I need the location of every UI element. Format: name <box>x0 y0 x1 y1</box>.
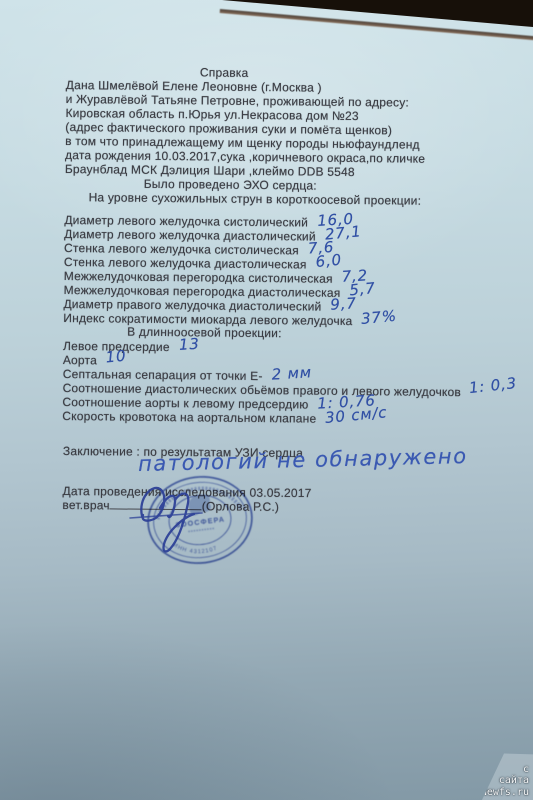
document-photo: Справка Дана Шмелёвой Елене Леоновне (г.… <box>0 0 533 800</box>
watermark-line: Newfs.ru <box>481 787 529 799</box>
watermark-line: сайта <box>499 775 529 787</box>
measurement-value-handwritten: 37% <box>361 309 398 326</box>
measurement-value-handwritten: 6,0 <box>315 253 342 269</box>
measurement-value-handwritten: 1: 0,3 <box>469 376 518 395</box>
vet-signature <box>128 468 252 560</box>
measurement-label: Аорта <box>63 353 97 367</box>
measurement-value-handwritten: 10 <box>105 349 127 365</box>
long-axis-measurements: Левое предсердие 13 Аорта 10 Септальная … <box>62 338 525 427</box>
watermark: с сайта Newfs.ru <box>475 753 533 800</box>
measurement-value-handwritten: 13 <box>178 337 199 352</box>
vet-label: вет.врач <box>62 498 109 512</box>
measurement-value-handwritten: 30 см/с <box>325 405 388 425</box>
measurement-value-handwritten: 2 мм <box>271 365 312 381</box>
watermark-line: с <box>523 764 529 776</box>
document-body: Справка Дана Шмелёвой Елене Леоновне (г.… <box>62 64 528 427</box>
measurement-label: Скорость кровотока на аортальном клапане <box>62 409 316 426</box>
short-axis-measurements: Диаметр левого желудочка систолический 1… <box>63 212 526 329</box>
measurement-value-handwritten: 9,7 <box>330 296 357 312</box>
